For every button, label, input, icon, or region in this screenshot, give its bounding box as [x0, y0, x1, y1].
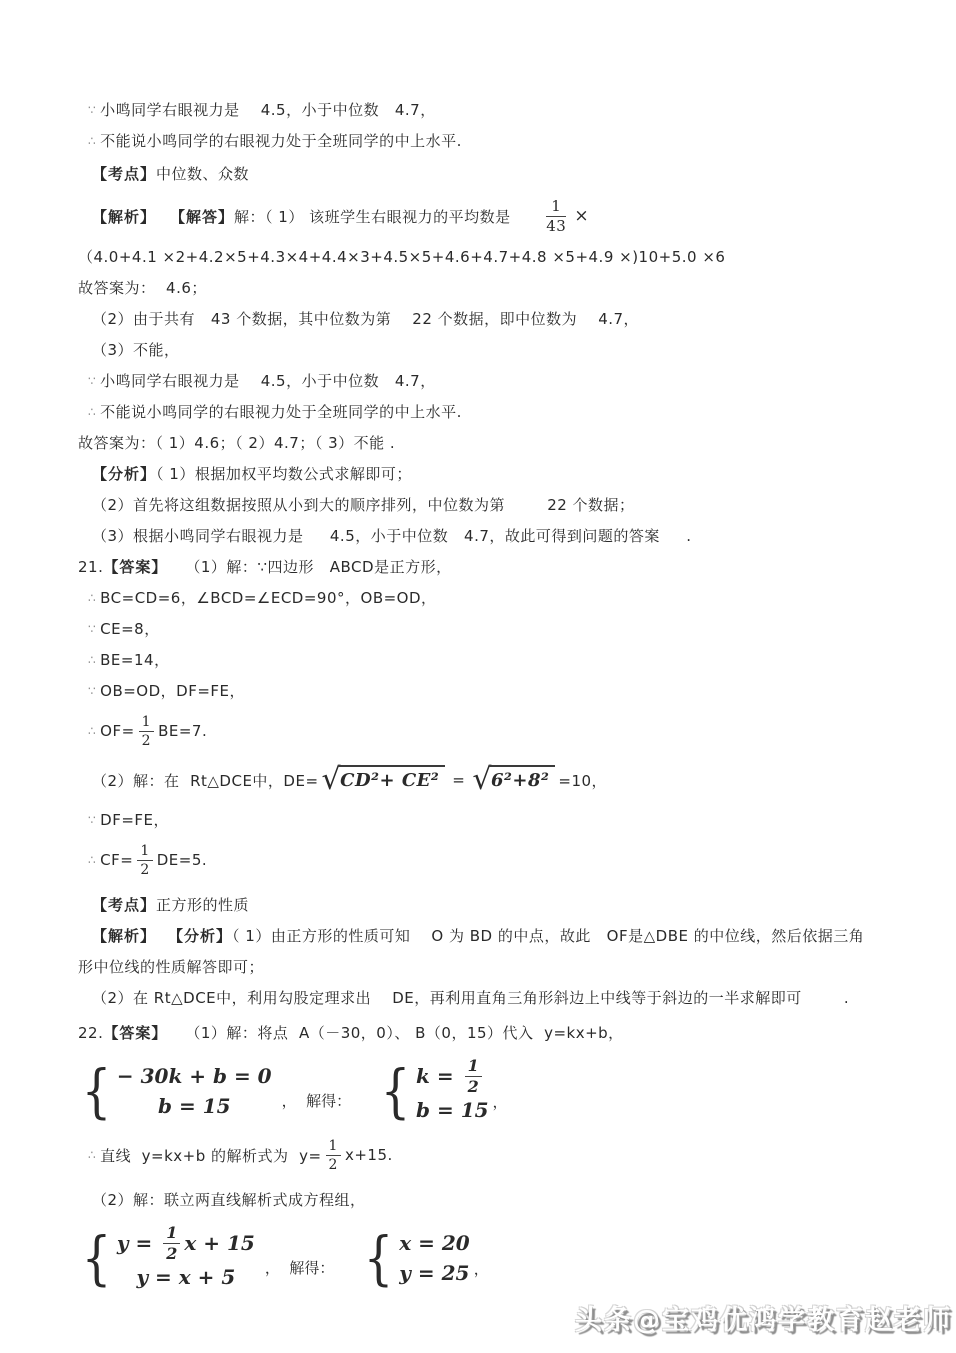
- q20-because2-line: ∵小鸣同学右眼视力是 4.5，小于中位数 4.7，: [78, 366, 916, 397]
- therefore-symbol: ∴: [88, 853, 96, 867]
- therefore-symbol: ∴: [88, 134, 96, 148]
- q20-kaodian-line: 【考点】中位数、众数: [78, 159, 916, 190]
- q20-fenxi3-line: （3）根据小鸣同学右眼视力是 4.5，小于中位数 4.7，故此可得到问题的答案 …: [78, 521, 916, 552]
- jiexi-label: 【解析】: [92, 206, 156, 227]
- fenxi-label: 【分析】: [168, 927, 232, 945]
- y-equals: y =: [117, 1228, 159, 1258]
- because-symbol: ∵: [88, 813, 96, 827]
- q20-final-answer-line: 故答案为：（ 1）4.6；（ 2）4.7；（ 3）不能 .: [78, 428, 916, 459]
- because-symbol: ∵: [88, 103, 96, 117]
- q21-fenxi1a-text: （ 1）由正方形的性质可知 O 为 BD 的中点，故此 OF是△DBE 的中位线…: [232, 927, 864, 945]
- q20-because2-text: 小鸣同学右眼视力是 4.5，小于中位数 4.7，: [100, 372, 436, 390]
- q20-fenxi1-text: （ 1）根据加权平均数公式求解即可；: [156, 465, 412, 483]
- q21-line3: ∵CE=8，: [78, 614, 916, 645]
- q21-number: 21.: [78, 558, 103, 576]
- q21-line8: ∵DF=FE，: [78, 805, 916, 836]
- equation-row: y = x + 5: [136, 1262, 235, 1292]
- q20-jieda-text: 解：（ 1） 该班学生右眼视力的平均数是: [234, 206, 542, 227]
- radicand: 6²+8²: [489, 765, 555, 791]
- therefore-symbol: ∴: [88, 405, 96, 419]
- q20-kaodian-text: 中位数、众数: [156, 165, 249, 183]
- q21-line8-text: DF=FE，: [100, 811, 169, 829]
- q22-header-text: （1）解：将点 A（－30，0）、 B（0，15）代入 y=kx+b，: [185, 1024, 623, 1042]
- left-brace: {: [381, 1059, 411, 1123]
- q21-header-line: 21.【答案】（1）解：∵四边形 ABCD是正方形，: [78, 552, 916, 583]
- solve-label: ， 解得：: [282, 1090, 352, 1111]
- equation-row: b = 15: [158, 1091, 231, 1121]
- q21-line3-text: CE=8，: [100, 620, 160, 638]
- q21-kaodian-line: 【考点】正方形的性质: [78, 890, 916, 921]
- document-content: ∵小鸣同学右眼视力是 4.5，小于中位数 4.7， ∴不能说小鸣同学的右眼视力处…: [0, 0, 956, 1294]
- therefore-symbol: ∴: [88, 1148, 96, 1162]
- q21-of-line: ∴OF= 12 BE=7.: [78, 707, 916, 755]
- answer-label: 【答案】: [103, 1024, 167, 1042]
- fraction-1-2: 12: [139, 714, 154, 748]
- q21-de-post: =10，: [558, 770, 607, 791]
- equals-sign: =: [452, 771, 465, 789]
- q20-therefore-text: 不能说小鸣同学的右眼视力处于全班同学的中上水平.: [100, 132, 462, 150]
- q21-of-pre: OF=: [100, 722, 135, 740]
- kaodian-label: 【考点】: [92, 165, 156, 183]
- fraction-numerator: 1: [546, 198, 566, 217]
- fraction-numerator: 1: [139, 714, 154, 732]
- q21-fenxi2-line: （2）在 Rt△DCE中，利用勾股定理求出 DE，再利用直角三角形斜边上中线等于…: [78, 983, 916, 1014]
- q22-conclusion-post: x+15.: [345, 1146, 393, 1164]
- q22-conclusion-line: ∴直线 y=kx+b 的解析式为 y= 12 x+15.: [78, 1133, 916, 1177]
- q21-line5-text: OB=OD，DF=FE，: [100, 682, 245, 700]
- comma: ，: [493, 1091, 508, 1112]
- because-symbol: ∵: [88, 622, 96, 636]
- q20-formula-line: （4.0+4.1 ×2+4.2×5+4.3×4+4.4×3+4.5×5+4.6+…: [78, 242, 916, 273]
- fenxi-label: 【分析】: [92, 465, 156, 483]
- fraction-1-2: 12: [465, 1057, 482, 1095]
- because-symbol: ∵: [88, 374, 96, 388]
- q21-line4: ∴BE=14，: [78, 645, 916, 676]
- equation-row: b = 15: [416, 1095, 489, 1125]
- system2-right-column: x = 20 y = 25: [399, 1228, 469, 1288]
- q21-line2-text: BC=CD=6，∠BCD=∠ECD=90°，OB=OD，: [100, 589, 436, 607]
- fraction-denominator: 2: [163, 1244, 180, 1262]
- left-brace: {: [82, 1226, 112, 1290]
- fraction-1-43: 143: [546, 198, 566, 234]
- q21-de-pre: （2）解：在 Rt△DCE中，DE=: [92, 770, 319, 791]
- system1-left-column: − 30k + b = 0 b = 15: [117, 1061, 272, 1121]
- q21-cf-post: DE=5.: [157, 851, 207, 869]
- q20-fenxi2-line: （2）首先将这组数据按照从小到大的顺序排列，中位数为第 22 个数据；: [78, 490, 916, 521]
- fraction-denominator: 43: [546, 217, 566, 234]
- q21-line5: ∵OB=OD，DF=FE，: [78, 676, 916, 707]
- fraction-numerator: 1: [163, 1224, 180, 1244]
- q22-header-line: 22.【答案】（1）解：将点 A（－30，0）、 B（0，15）代入 y=kx+…: [78, 1018, 916, 1049]
- sqrt-expression-2: √6²+8²: [472, 765, 555, 795]
- fraction-numerator: 1: [465, 1057, 482, 1077]
- q20-because-line: ∵小鸣同学右眼视力是 4.5，小于中位数 4.7，: [78, 95, 916, 126]
- system2-left-column: y = 12x + 15 y = x + 5: [117, 1224, 255, 1292]
- q22-number: 22.: [78, 1024, 103, 1042]
- q21-kaodian-text: 正方形的性质: [156, 896, 249, 914]
- left-brace: {: [364, 1226, 394, 1290]
- q21-line2: ∴BC=CD=6，∠BCD=∠ECD=90°，OB=OD，: [78, 583, 916, 614]
- equation-row: k = 12: [416, 1057, 486, 1095]
- q20-because-text: 小鸣同学右眼视力是 4.5，小于中位数 4.7，: [100, 101, 436, 119]
- q21-of-post: BE=7.: [158, 722, 207, 740]
- fraction-denominator: 2: [326, 1156, 341, 1172]
- q20-therefore2-text: 不能说小鸣同学的右眼视力处于全班同学的中上水平.: [100, 403, 462, 421]
- times-sign: ×: [574, 206, 589, 226]
- therefore-symbol: ∴: [88, 591, 96, 605]
- q22-system-1: { − 30k + b = 0 b = 15 ， 解得： { k = 12 b …: [78, 1055, 916, 1127]
- q20-therefore-line: ∴不能说小鸣同学的右眼视力处于全班同学的中上水平.: [78, 126, 916, 157]
- document-page: ∵小鸣同学右眼视力是 4.5，小于中位数 4.7， ∴不能说小鸣同学的右眼视力处…: [0, 0, 956, 1353]
- q22-conclusion-pre: 直线 y=kx+b 的解析式为 y=: [100, 1145, 321, 1166]
- therefore-symbol: ∴: [88, 653, 96, 667]
- fraction-1-2: 12: [326, 1138, 341, 1172]
- q21-line4-text: BE=14，: [100, 651, 169, 669]
- q20-fenxi1-line: 【分析】（ 1）根据加权平均数公式求解即可；: [78, 459, 916, 490]
- q22-system-2: { y = 12x + 15 y = x + 5 ， 解得： { x = 20 …: [78, 1222, 916, 1294]
- left-brace: {: [82, 1059, 112, 1123]
- equation-row: y = 12x + 15: [117, 1224, 255, 1262]
- q21-header-text: （1）解：∵四边形 ABCD是正方形，: [185, 558, 451, 576]
- q21-cf-pre: CF=: [100, 851, 133, 869]
- fraction-denominator: 2: [139, 732, 154, 748]
- watermark: 头条@宝鸡优鸿学教育赵老师: [575, 1298, 952, 1337]
- q21-fenxi1a-line: 【解析】【分析】（ 1）由正方形的性质可知 O 为 BD 的中点，故此 OF是△…: [78, 921, 916, 952]
- fraction-denominator: 2: [137, 861, 152, 877]
- because-symbol: ∵: [88, 684, 96, 698]
- q22-part2-line: （2）解：联立两直线解析式成方程组，: [78, 1185, 916, 1216]
- solve-label: ， 解得：: [265, 1257, 335, 1278]
- fraction-numerator: 1: [326, 1138, 341, 1156]
- fraction-denominator: 2: [465, 1077, 482, 1095]
- sqrt-expression-1: √CD²+ CE²: [322, 765, 446, 795]
- fraction-1-2: 12: [137, 843, 152, 877]
- therefore-symbol: ∴: [88, 724, 96, 738]
- q21-cf-line: ∴CF= 12 DE=5.: [78, 836, 916, 884]
- k-equals: k =: [416, 1061, 461, 1091]
- fraction-numerator: 1: [137, 843, 152, 861]
- comma: ，: [474, 1258, 489, 1279]
- equation-row: y = 25: [399, 1258, 469, 1288]
- q20-part2-line: （2）由于共有 43 个数据，其中位数为第 22 个数据，即中位数为 4.7，: [78, 304, 916, 335]
- equation-row: x = 20: [399, 1228, 469, 1258]
- q20-part3-line: （3）不能，: [78, 335, 916, 366]
- x-plus-15: x + 15: [184, 1228, 254, 1258]
- jiexi-label: 【解析】: [92, 927, 156, 945]
- fraction-1-2: 12: [163, 1224, 180, 1262]
- kaodian-label: 【考点】: [92, 896, 156, 914]
- equation-row: − 30k + b = 0: [117, 1061, 272, 1091]
- q20-jieda-line: 【解析】【解答】解：（ 1） 该班学生右眼视力的平均数是 143 ×: [78, 190, 916, 242]
- radicand: CD²+ CE²: [338, 765, 445, 791]
- jieda-label: 【解答】: [170, 206, 234, 227]
- system1-right-column: k = 12 b = 15: [416, 1057, 489, 1125]
- answer-label: 【答案】: [103, 558, 167, 576]
- q21-fenxi1b-line: 形中位线的性质解答即可；: [78, 952, 916, 983]
- q20-answer1-line: 故答案为： 4.6；: [78, 273, 916, 304]
- q21-de-line: （2）解：在 Rt△DCE中，DE= √CD²+ CE² = √6²+8² =1…: [78, 755, 916, 805]
- q20-therefore2-line: ∴不能说小鸣同学的右眼视力处于全班同学的中上水平.: [78, 397, 916, 428]
